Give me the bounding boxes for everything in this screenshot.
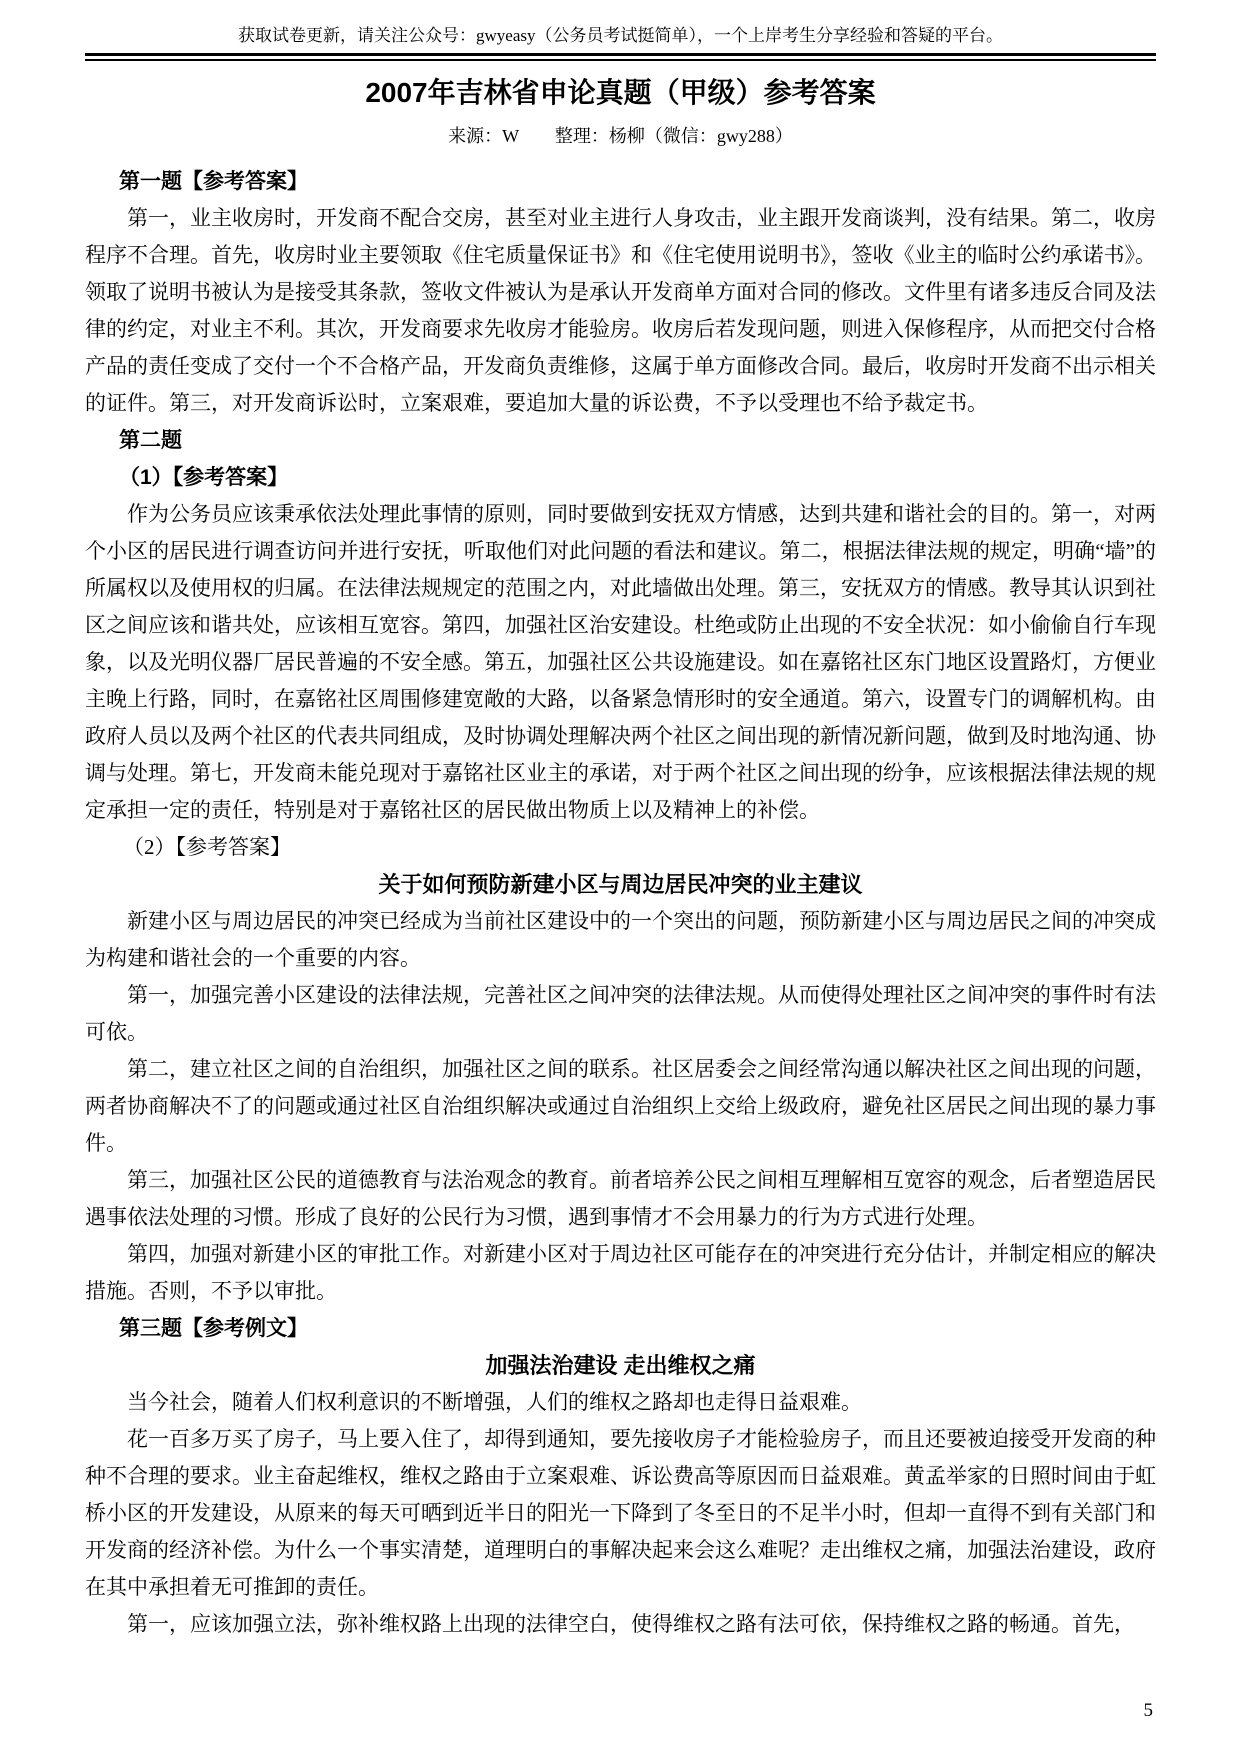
page-header: 获取试卷更新，请关注公众号：gwyeasy（公务员考试挺简单），一个上岸考生分享… [85,24,1156,61]
paragraph: 第一，业主收房时，开发商不配合交房，甚至对业主进行人身攻击，业主跟开发商谈判，没… [85,200,1156,422]
section-heading-q1: 第一题【参考答案】 [85,163,1156,200]
document-title: 2007年吉林省申论真题（甲级）参考答案 [85,75,1156,111]
section-heading-q2: 第二题 [85,422,1156,459]
paragraph: 第一，加强完善小区建设的法律法规，完善社区之间冲突的法律法规。从而使得处理社区之… [85,977,1156,1051]
header-divider [85,53,1156,61]
source-line: 来源：W 整理：杨柳（微信：gwy288） [85,123,1156,149]
paragraph: 第四，加强对新建小区的审批工作。对新建小区对于周边社区可能存在的冲突进行充分估计… [85,1236,1156,1310]
paragraph: 第三，加强社区公民的道德教育与法治观念的教育。前者培养公民之间相互理解相互宽容的… [85,1162,1156,1236]
header-notice: 获取试卷更新，请关注公众号：gwyeasy（公务员考试挺简单），一个上岸考生分享… [85,24,1156,48]
subsection-heading-q2-2: （2）【参考答案】 [85,829,1156,866]
page-number: 5 [1144,1700,1154,1722]
document-page: 获取试卷更新，请关注公众号：gwyeasy（公务员考试挺简单），一个上岸考生分享… [0,0,1241,1754]
paragraph: 当今社会，随着人们权利意识的不断增强，人们的维权之路却也走得日益艰难。 [85,1384,1156,1421]
paragraph: 作为公务员应该秉承依法处理此事情的原则，同时要做到安抚双方情感，达到共建和谐社会… [85,496,1156,829]
paragraph: 第一，应该加强立法，弥补维权路上出现的法律空白，使得维权之路有法可依，保持维权之… [85,1606,1156,1643]
divider-line-top [85,53,1156,56]
paragraph: 第二，建立社区之间的自治组织，加强社区之间的联系。社区居委会之间经常沟通以解决社… [85,1051,1156,1162]
paragraph: 新建小区与周边居民的冲突已经成为当前社区建设中的一个突出的问题，预防新建小区与周… [85,903,1156,977]
divider-line-bottom [85,59,1156,61]
subsection-heading-q2-1: （1）【参考答案】 [85,459,1156,496]
section-heading-q3: 第三题【参考例文】 [85,1310,1156,1347]
paragraph: 花一百多万买了房子，马上要入住了，却得到通知，要先接收房子才能检验房子，而且还要… [85,1421,1156,1606]
proposal-title: 关于如何预防新建小区与周边居民冲突的业主建议 [85,866,1156,903]
document-body: 第一题【参考答案】 第一，业主收房时，开发商不配合交房，甚至对业主进行人身攻击，… [85,163,1156,1643]
essay-title: 加强法治建设 走出维权之痛 [85,1347,1156,1384]
